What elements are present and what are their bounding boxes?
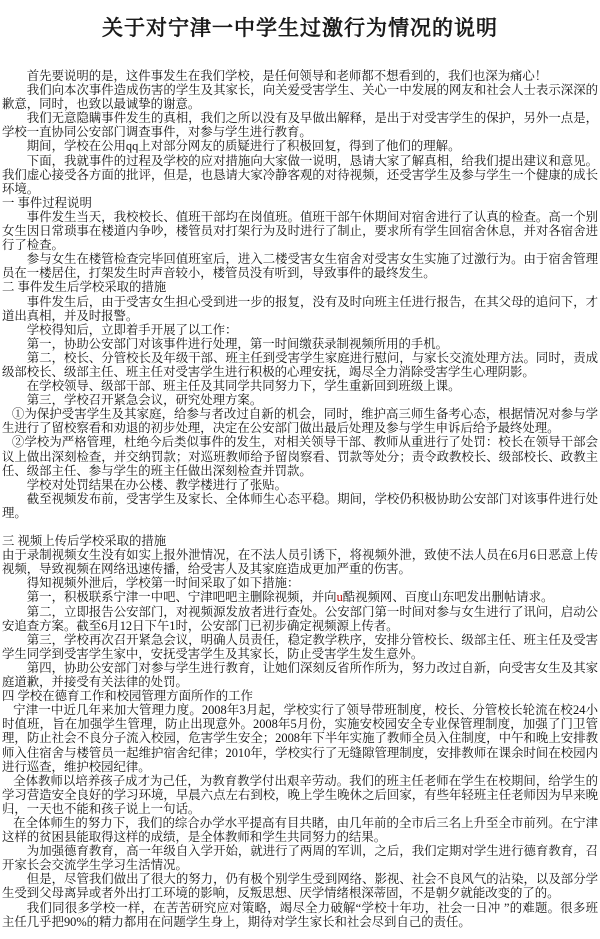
section-heading: 二 事件发生后学校采取的措施	[2, 280, 598, 294]
paragraph: 下面，我就事件的过程及学校的应对措施向大家做一说明，恳请大家了解真相，给我们提出…	[2, 154, 598, 196]
paragraph: 为加强德育教育，高一年级自入学开始，就进行了两周的军训，之后，我们定期对学生进行…	[2, 844, 598, 872]
document-title: 关于对宁津一中学生过激行为情况的说明	[2, 12, 598, 42]
paragraph: 全体教师以培养孩子成才为己任，为教育教学付出艰辛劳动。我们的班主任老师在学生在校…	[2, 774, 598, 816]
paragraph: 截至视频发布前，受害学生及家长、全体师生心态平稳。期间，学校仍积极协助公安部门对…	[2, 492, 598, 520]
paragraph: 首先要说明的是，这件事发生在我们学校，是任何领导和老师都不想看到的，我们也深为痛…	[2, 69, 598, 83]
paragraph: 宁津一中近几年来加大管理力度。2008年3月起，学校实行了领导带班制度，校长、分…	[2, 703, 598, 773]
paragraph: 第一，协助公安部门对该事件进行处理，第一时间缴获录制视频所用的手机。	[2, 337, 598, 351]
paragraph: 但是，尽管我们做出了很大的努力，仍有极个别学生受到网络、影视、社会不良风气的沾染…	[2, 872, 598, 900]
document-page: 关于对宁津一中学生过激行为情况的说明 首先要说明的是，这件事发生在我们学校，是任…	[0, 0, 600, 939]
paragraph: ①为保护受害学生及其家庭，给参与者改过自新的机会，同时，维护高三师生备考心态，根…	[2, 407, 598, 435]
paragraph: 事件发生当天，我校校长、值班干部均在岗值班。值班干部午休期间对宿舍进行了认真的检…	[2, 210, 598, 252]
section-heading: 三 视频上传后学校采取的措施	[2, 534, 598, 548]
paragraph: 在学校领导、级部干部、班主任及其同学共同努力下，学生重新回到班级上课。	[2, 379, 598, 393]
paragraph: ②学校为严格管理，杜绝今后类似事件的发生，对相关领导干部、教师从重进行了处罚：校…	[2, 435, 598, 477]
paragraph: 第三，学校召开紧急会议，研究处理方案。	[2, 393, 598, 407]
paragraph: 第二，校长、分管校长及年级干部、班主任到受害学生家庭进行慰问，与家长交流处理方法…	[2, 351, 598, 379]
paragraph: 事件发生后，由于受害女生担心受到进一步的报复，没有及时向班主任进行报告，在其父母…	[2, 295, 598, 323]
blank-line	[2, 520, 598, 534]
paragraph: 学校得知后，立即着手开展了以工作：	[2, 323, 598, 337]
paragraph: 学校对处罚结果在办公楼、教学楼进行了张贴。	[2, 478, 598, 492]
text-run: 第一，积极联系宁津一中吧、宁津吧吧主删除视频，并向	[27, 590, 337, 604]
paragraph: 参与女生在楼管检查完毕回值班室后，进入二楼受害女生宿舍对受害女生实施了过激行为。…	[2, 252, 598, 280]
paragraph: 我们同很多学校一样，在苦苦研究应对策略，竭尽全力破解“学校十年功，社会一日冲 ”…	[2, 901, 598, 929]
paragraph: 得知视频外泄后，学校第一时间采取了如下措施：	[2, 576, 598, 590]
text-run: 酷视频网、百度山东吧发出删帖请求。	[343, 590, 554, 604]
section-heading: 四 学校在德育工作和校园管理方面所作的工作	[2, 689, 598, 703]
paragraph: 第二，立即报告公安部门，对视频源发放者进行查处。公安部门第一时间对参与女生进行了…	[2, 605, 598, 633]
paragraph: 我们无意隐瞒事件发生的真相，我们之所以没有及早做出解释，是出于对受害学生的保护，…	[2, 111, 598, 139]
paragraph: 第四，协助公安部门对参与学生进行教育，让她们深刻反省所作所为，努力改过自新，向受…	[2, 661, 598, 689]
paragraph: 第三，学校再次召开紧急会议，明确人员责任，稳定教学秩序，安排分管校长、级部主任、…	[2, 633, 598, 661]
paragraph: 期间，学校在公用qq上对部分网友的质疑进行了积极回复，得到了他们的理解。	[2, 139, 598, 153]
section-heading: 一 事件过程说明	[2, 196, 598, 210]
paragraph: 由于录制视频女生没有如实上报外泄情况，在不法人员引诱下，将视频外泄，致使不法人员…	[2, 548, 598, 576]
paragraph: 第一，积极联系宁津一中吧、宁津吧吧主删除视频，并向u酷视频网、百度山东吧发出删帖…	[2, 590, 598, 604]
document-body: 首先要说明的是，这件事发生在我们学校，是任何领导和老师都不想看到的，我们也深为痛…	[2, 69, 598, 929]
paragraph: 在全体师生的努力下，我们的综合办学水平提高有目共睹，由几年前的全市后三名上升至全…	[2, 816, 598, 844]
paragraph: 我们向本次事件造成伤害的学生及其家长，向关爱受害学生、关心一中发展的网友和社会人…	[2, 83, 598, 111]
